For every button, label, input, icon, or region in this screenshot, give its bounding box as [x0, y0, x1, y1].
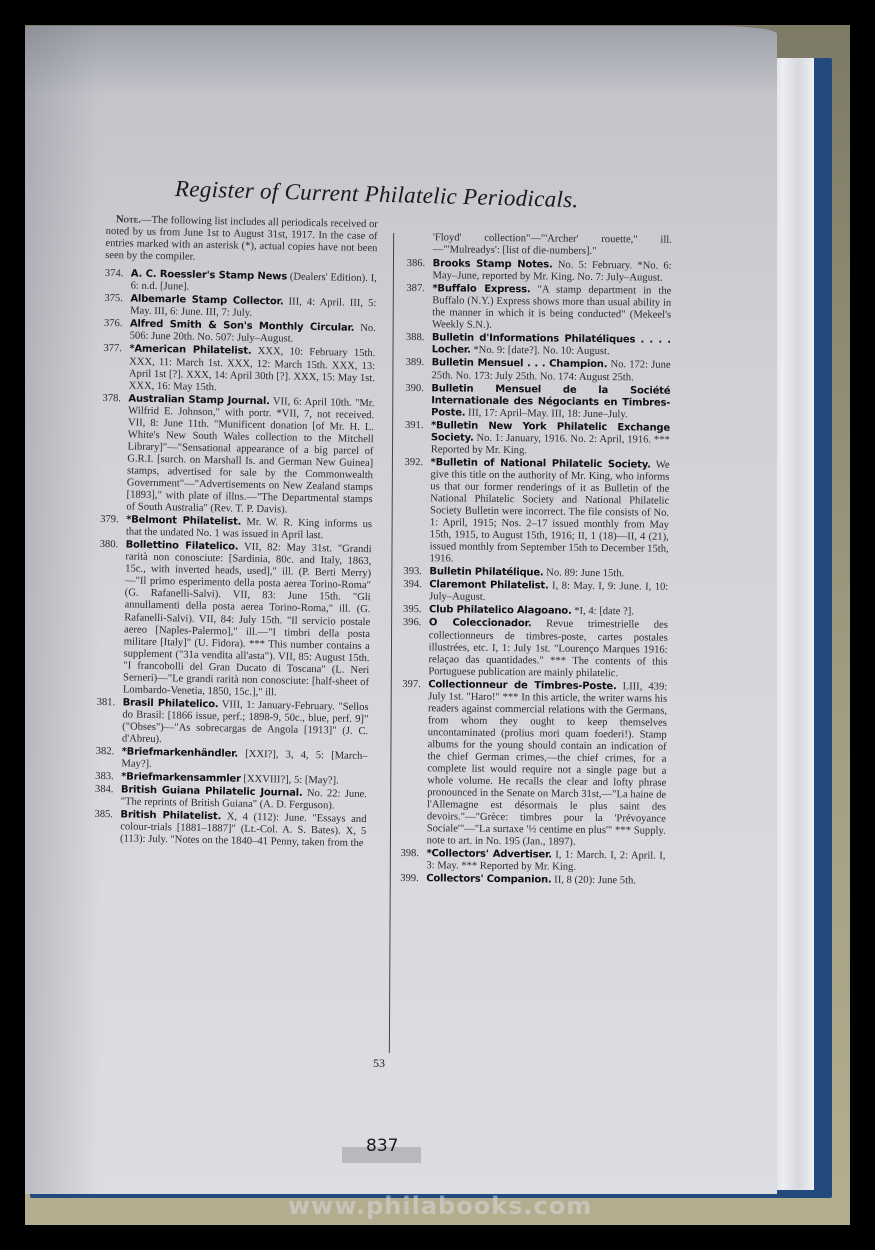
entry-details: LIII, 439: July 1st. "Haro!" *** In this…: [427, 681, 668, 848]
entry-number: 391.: [405, 420, 431, 432]
right-column: 'Floyd' collection"—"'Archer' rouette," …: [400, 232, 672, 889]
entry-number: 395.: [403, 604, 429, 616]
entry-number: 377.: [103, 343, 129, 356]
periodical-name: *Belmont Philatelist.: [126, 515, 241, 528]
entry-number: 376.: [104, 318, 130, 331]
entry-number: 387.: [406, 283, 432, 295]
register-entry: 378.Australian Stamp Journal. VII, 6: Ap…: [100, 393, 374, 519]
entry-number: 374.: [105, 268, 131, 281]
register-entry: 388.Bulletin d'Informations Philatélique…: [406, 332, 671, 359]
register-entry: 377.*American Philatelist. XXX, 10: Febr…: [103, 343, 376, 396]
register-entry: 397.Collectionneur de Timbres-Poste. LII…: [401, 679, 668, 850]
periodical-name: Collectionneur de Timbres-Poste.: [428, 679, 616, 692]
register-entry: 389.Bulletin Mensuel . . . Champion. No.…: [405, 357, 670, 384]
register-entry: 387.*Buffalo Express. "A stamp departmen…: [406, 283, 671, 334]
periodical-name: Collectors' Companion.: [426, 874, 551, 886]
entry-details: *I, 4: [date ?].: [572, 606, 634, 618]
register-entry: 396.O Coleccionador. Revue trimestrielle…: [402, 617, 668, 680]
editor-note: Note.—The following list includes all pe…: [105, 214, 378, 267]
entry-number: 390.: [405, 383, 431, 395]
entry-number: 392.: [405, 457, 431, 469]
register-entry: 392.*Bulletin of National Philatelic Soc…: [404, 457, 670, 568]
register-entry: 381.Brasil Philatelico. VIII, 1: January…: [96, 697, 369, 750]
periodical-name: Bulletin Mensuel . . . Champion.: [432, 358, 608, 371]
register-entry: 380.Bollettino Filatelico. VII, 82: May …: [97, 539, 372, 701]
page-number: 837: [366, 1136, 398, 1156]
entry-number: 394.: [403, 579, 429, 591]
entry-number: 384.: [95, 784, 121, 797]
entry-details: VII, 82: May 31st. "Grandi rarità non co…: [123, 542, 372, 698]
periodical-name: Bollettino Filatelico.: [126, 540, 239, 553]
periodical-name: *Briefmarkenhändler.: [122, 746, 239, 759]
entry-number: 399.: [400, 873, 426, 885]
periodical-name: *Briefmarkensammler: [121, 772, 241, 785]
entry-number: 386.: [407, 258, 433, 270]
entry-details: We give this title on the authority of M…: [430, 459, 670, 564]
note-text: —The following list includes all periodi…: [105, 215, 378, 263]
periodical-name: Brooks Stamp Notes.: [433, 258, 553, 270]
entry-details: [XXVIII?], 5: [May?].: [241, 774, 339, 787]
entry-details: III, 17: April–May. III, 18: June–July.: [465, 407, 627, 420]
periodical-name: Claremont Philatelist.: [429, 580, 548, 592]
periodical-name: O Coleccionador.: [429, 618, 532, 630]
register-entry: 398.*Collectors' Advertiser. I, 1: March…: [400, 848, 665, 875]
watermark: www.philabooks.com: [288, 1192, 592, 1220]
left-column: Note.—The following list includes all pe…: [94, 214, 378, 851]
register-entry: 394.Claremont Philatelist. I, 8: May. I,…: [403, 579, 668, 606]
entry-details: No. 89: June 15th.: [544, 568, 625, 580]
register-entry: 399.Collectors' Companion. II, 8 (20): J…: [400, 873, 665, 888]
entry-number: 396.: [403, 617, 429, 629]
entry-number: 378.: [102, 393, 128, 406]
entry-number: 393.: [403, 566, 429, 578]
periodical-name: British Philatelist.: [120, 810, 221, 823]
entry-details: VII, 6: April 10th. "Mr. Wilfrid E. John…: [126, 396, 374, 516]
periodical-name: *Collectors' Advertiser.: [426, 849, 552, 861]
entry-number: 388.: [406, 332, 432, 344]
periodical-name: Club Philatelico Alagoano.: [429, 605, 572, 617]
entry-number: 379.: [100, 514, 126, 527]
periodical-name: *Bulletin of National Philatelic Society…: [431, 457, 651, 470]
periodical-name: *American Philatelist.: [129, 344, 251, 357]
entry-number: 398.: [400, 848, 426, 860]
entry-number: 381.: [96, 697, 122, 710]
periodical-name: Bulletin Philatélique.: [429, 567, 543, 579]
entry-number: 389.: [406, 357, 432, 369]
note-label: Note.: [116, 214, 141, 225]
entry-number: 382.: [96, 746, 122, 759]
entry-number: 385.: [94, 809, 120, 822]
entry-details: *No. 9: [date?]. No. 10: August.: [471, 345, 610, 357]
entry-continuation: 'Floyd' collection"—"'Archer' rouette," …: [407, 232, 672, 259]
entry-number: 375.: [104, 293, 130, 306]
register-entry: 391.*Bulletin New York Philatelic Exchan…: [405, 420, 670, 459]
entry-number: 383.: [95, 771, 121, 784]
periodical-name: Brasil Philatelico.: [123, 697, 219, 710]
register-entry: 390.Bulletin Mensuel de la Société Inter…: [405, 383, 670, 422]
entry-details: II, 8 (20): June 5th.: [551, 875, 636, 887]
register-entry: 385.British Philatelist. X, 4 (112): Jun…: [94, 809, 367, 850]
periodical-name: *Buffalo Express.: [432, 283, 530, 295]
entry-number: 397.: [402, 679, 428, 691]
folio-number: 53: [373, 1056, 385, 1071]
register-entry: 386.Brooks Stamp Notes. No. 5: February.…: [406, 258, 671, 285]
entry-number: 380.: [100, 539, 126, 552]
